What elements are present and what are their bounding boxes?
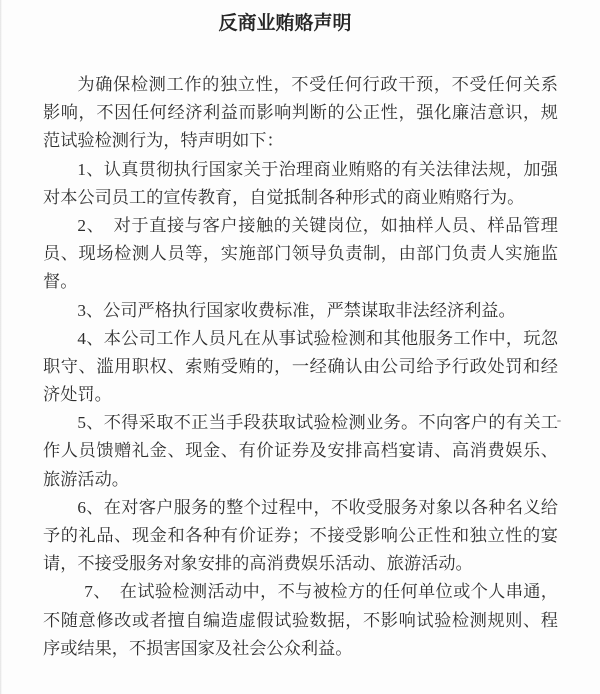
document-page: 反商业贿赂声明 为确保检测工作的独立性，不受任何行政干预，不受任何关系影响，不因…: [0, 0, 600, 694]
text-line: 为确保检测工作的独立性，不受任何行政干预，不受任何关系: [43, 71, 558, 99]
text-line: 7、 在试验检测活动中，不与被检方的任何单位或个人串通，: [43, 578, 558, 606]
text-line: 2、 对于直接与客户接触的关键岗位，如抽样人员、样品管理: [43, 212, 558, 240]
text-line: 5、不得采取不正当手段获取试验检测业务。不向客户的有关工: [43, 409, 558, 437]
text-line: 员、现场检测人员等，实施部门领导负责制，由部门负责人实施监: [43, 240, 558, 268]
text-line: 作人员馈赠礼金、现金、有价证券及安排高档宴请、高消费娱乐、: [43, 437, 558, 465]
text-line: 济处罚。: [43, 381, 558, 409]
text-line: 影响，不因任何经济利益而影响判断的公正性，强化廉洁意识，规: [43, 99, 558, 127]
text-line: 1、认真贯彻执行国家关于治理商业贿赂的有关法律法规，加强: [43, 156, 558, 184]
text-line: 旅游活动。: [43, 466, 558, 494]
text-line: 4、本公司工作人员凡在从事试验检测和其他服务工作中，玩忽: [43, 325, 558, 353]
text-line: 对本公司员工的宣传教育，自觉抵制各种形式的商业贿赂行为。: [43, 184, 558, 212]
document-body: 为确保检测工作的独立性，不受任何行政干预，不受任何关系影响，不因任何经济利益而影…: [43, 71, 558, 663]
document-title: 反商业贿赂声明: [0, 0, 570, 35]
text-line: 3、公司严格执行国家收费标准，严禁谋取非法经济利益。: [43, 297, 558, 325]
text-line: 范试验检测行为，特声明如下：: [43, 127, 558, 155]
text-line: 职守、滥用职权、索贿受贿的，一经确认由公司给予行政处罚和经: [43, 353, 558, 381]
text-line: 不随意修改或者擅自编造虚假试验数据，不影响试验检测规则、程: [43, 607, 558, 635]
text-line: 请，不接受服务对象安排的高消费娱乐活动、旅游活动。: [43, 550, 558, 578]
text-line: 6、在对客户服务的整个过程中，不收受服务对象以各种名义给: [43, 494, 558, 522]
text-line: 督。: [43, 268, 558, 296]
text-line: 予的礼品、现金和各种有价证券；不接受影响公正性和独立性的宴: [43, 522, 558, 550]
scan-speck: [557, 420, 561, 422]
text-line: 序或结果，不损害国家及社会公众利益。: [43, 635, 558, 663]
